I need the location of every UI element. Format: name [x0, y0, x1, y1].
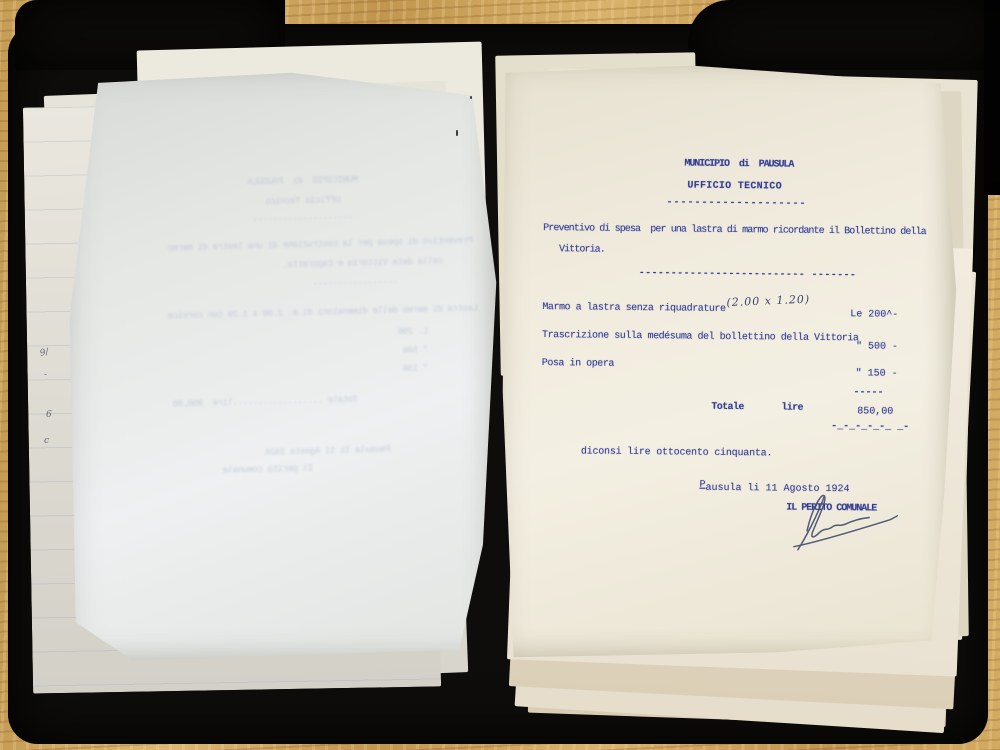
total-amount: 850,00	[857, 406, 893, 417]
total-underline: -_-_-_-_-_ _-	[831, 421, 909, 433]
municipality-header: MUNICIPIO di PAUSULA	[510, 157, 968, 173]
handwritten-margin-mark: -	[44, 370, 47, 380]
subject-line-1: Preventivo di spesa per una lastra di ma…	[543, 223, 926, 238]
dateline-initial: P	[699, 480, 705, 491]
item-amount: " 150 -	[856, 368, 898, 379]
black-folder-right-edge	[984, 0, 1000, 195]
left-page: MUNICIPIO di PAUSULA Ufficio Tecnico ---…	[68, 68, 498, 664]
item-label: Trascrizione sulla medésuma del bolletti…	[542, 330, 859, 344]
handwritten-margin-mark: 9/	[39, 347, 50, 359]
bleedthrough-line: " 500	[403, 344, 463, 356]
bleedthrough-line: Pausula li 11 Agosto 1924	[218, 443, 438, 459]
bleedthrough-line: L. 200	[398, 325, 468, 337]
ink-speck	[470, 96, 472, 99]
bleedthrough-line: " 150	[403, 362, 463, 374]
bleedthrough-line: Il perito comunale	[113, 463, 313, 478]
subject-line-2: Vittoria.	[559, 244, 605, 255]
handwritten-margin-mark: 6	[46, 410, 52, 420]
bleedthrough-line: Totale ..................lire 850,00	[93, 395, 358, 412]
item-label: Posa in opera	[542, 358, 614, 370]
header-divider: --------------------	[507, 196, 965, 212]
bleedthrough-line: MUNICIPIO di PAUSULA	[188, 173, 418, 189]
total-label: Totale	[711, 402, 744, 413]
item-label: Marmo a lastra senza riquadrature	[542, 302, 725, 315]
item-amount: " 500 -	[856, 341, 898, 352]
bleedthrough-line: Preventivo di spesa per la costruzione d…	[123, 235, 473, 254]
ink-speck	[456, 130, 458, 136]
handwritten-dimensions: (2.00 x 1.20)	[726, 293, 810, 309]
black-folder-top-right	[688, 0, 1000, 70]
item-amount: Le 200^-	[850, 309, 898, 321]
total-currency: lire	[781, 403, 803, 414]
bleedthrough-line: --------------------	[188, 211, 418, 227]
amount-in-words: diconsi lire ottocento cinquanta.	[581, 446, 773, 459]
typed-document: MUNICIPIO di PAUSULA UFFICIO TECNICO ---…	[495, 62, 959, 667]
bleedthrough-line: colla data Vittoria e Caporetto.	[143, 256, 443, 274]
right-page: MUNICIPIO di PAUSULA UFFICIO TECNICO ---…	[500, 62, 958, 662]
handwritten-signature	[774, 484, 915, 555]
items-divider: -----	[853, 387, 883, 398]
handwritten-margin-mark: c	[44, 436, 49, 446]
bleedthrough-line: Lastra di marmo delle dimensioni di m. 2…	[123, 303, 478, 322]
subject-divider: -------------------------- -------	[639, 268, 857, 281]
bleedthrough-line: -----------------	[198, 277, 398, 292]
office-header: UFFICIO TECNICO	[506, 179, 964, 195]
bleedthrough-line: Ufficio Tecnico	[188, 193, 418, 209]
document-photo: 9/ - 6 c MUNICIPIO di PAUSULA Ufficio Te…	[0, 0, 1000, 750]
